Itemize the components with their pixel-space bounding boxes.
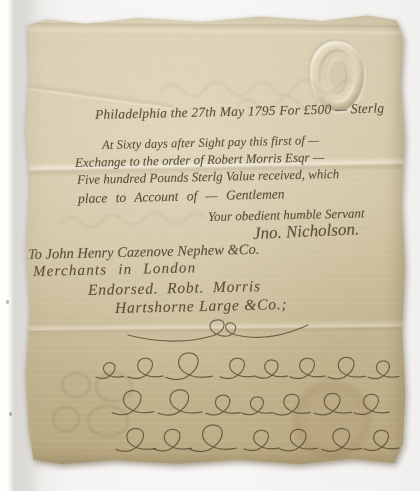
background-speck (6, 300, 9, 304)
paper-crease (24, 320, 406, 336)
manuscript-line-date: Philadelphia the 27th May 1795 For £500 … (95, 100, 385, 123)
manuscript-line-hartshorne: Hartshorne Large &Co.; (115, 296, 288, 318)
manuscript-line-merchants: Merchants in London (33, 260, 197, 281)
underline-flourish (128, 320, 308, 341)
paper-crease (24, 23, 406, 36)
document-paper: Philadelphia the 27th May 1795 For £500 … (24, 11, 406, 466)
photo-background: Philadelphia the 27th May 1795 For £500 … (0, 0, 420, 491)
circular-stamp-icon (292, 379, 372, 461)
manuscript-line-account: place to Account of — Gentlemen (78, 186, 285, 207)
manuscript-signature: Jno. Nicholson. (253, 219, 360, 244)
document-paper-wrap: Philadelphia the 27th May 1795 For £500 … (24, 11, 406, 466)
background-speck (9, 412, 12, 416)
flourish-row-1 (96, 353, 399, 380)
ink-showthrough (32, 363, 142, 448)
